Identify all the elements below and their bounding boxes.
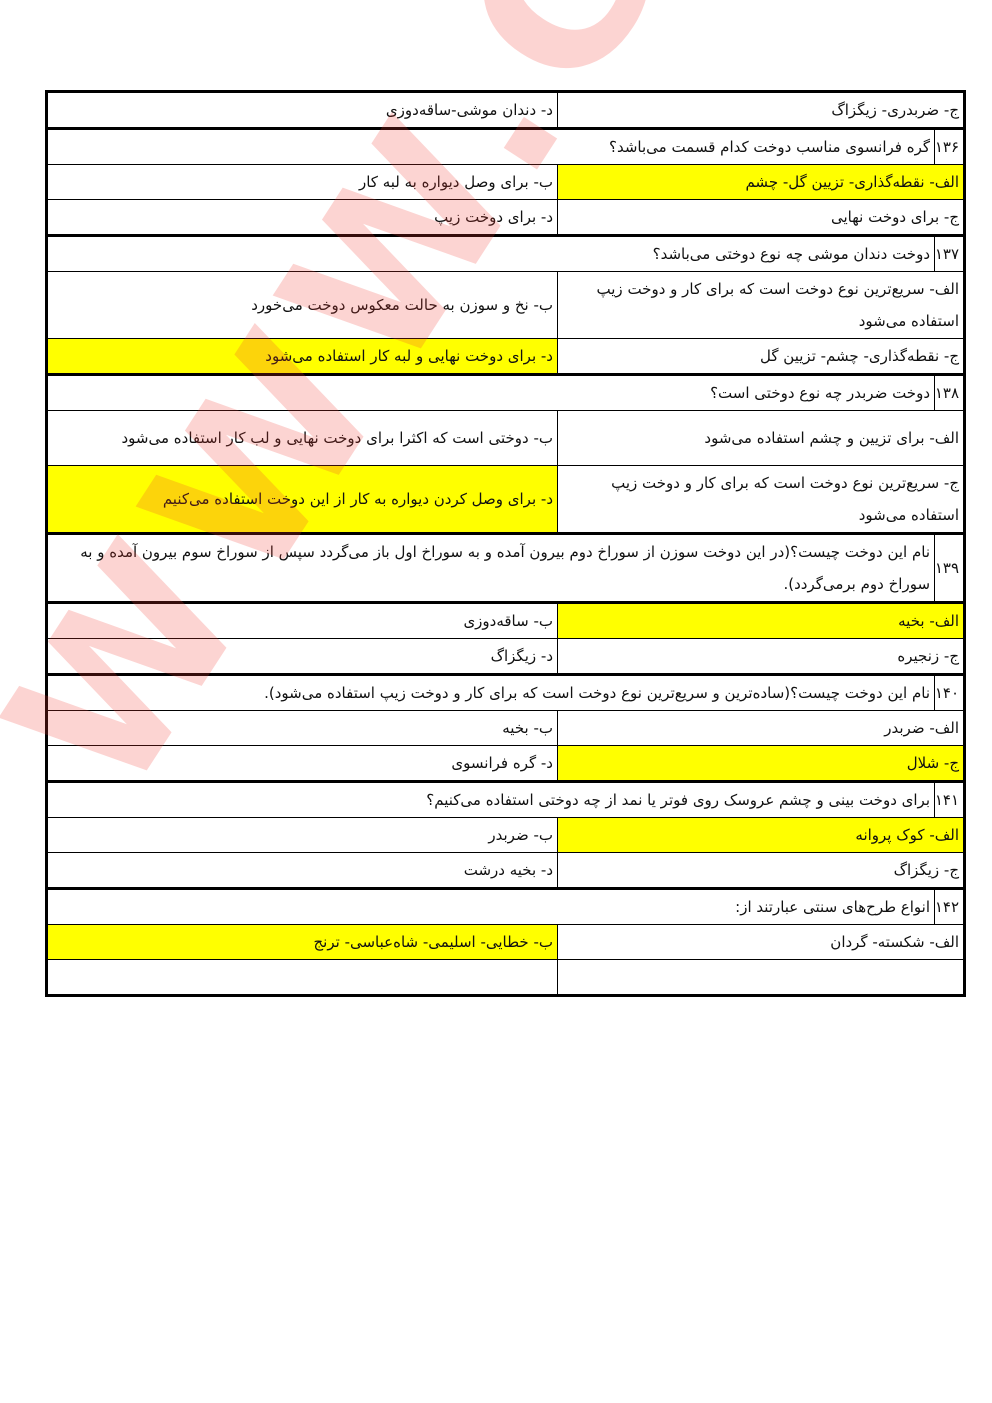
question-text: نام این دوخت چیست؟(در این دوخت سوزن از س… [47,534,935,603]
option-a-correct: الف- کوک پروانه [558,818,965,853]
question-number: ۱۳۸ [935,375,965,411]
option-d: د- گره فرانسوی [47,746,558,782]
options-row: ج- شلال د- گره فرانسوی [47,746,965,782]
options-row: ج- زنجیره د- زیگزاگ [47,639,965,675]
question-text: انواع طرح‌های سنتی عبارتند از: [47,889,935,925]
document-page: ج- ضربدری- زیگزاگ د- دندان موشی-ساقه‌دوز… [0,0,992,1403]
options-row: الف- برای تزیین و چشم استفاده می‌شود ب- … [47,411,965,466]
question-table: ج- ضربدری- زیگزاگ د- دندان موشی-ساقه‌دوز… [45,90,966,997]
option-d: د- بخیه درشت [47,853,558,889]
options-row: ج- ضربدری- زیگزاگ د- دندان موشی-ساقه‌دوز… [47,92,965,129]
option-b: ب- ساقه‌دوزی [47,603,558,639]
question-row: ۱۳۶ گره فرانسوی مناسب دوخت کدام قسمت می‌… [47,129,965,165]
question-number: ۱۳۶ [935,129,965,165]
option-c: ج- نقطه‌گذاری- چشم- تزیین گل [558,339,965,375]
option-b: ب- نخ و سوزن به حالت معکوس دوخت می‌خورد [47,272,558,339]
option-c: ج- برای دوخت نهایی [558,200,965,236]
question-text: گره فرانسوی مناسب دوخت کدام قسمت می‌باشد… [47,129,935,165]
option-b: ب- دوختی است که اکثرا برای دوخت نهایی و … [47,411,558,466]
question-text: دوخت ضربدر چه نوع دوختی است؟ [47,375,935,411]
option-d: د- دندان موشی-ساقه‌دوزی [47,92,558,129]
option-b: ب- ضربدر [47,818,558,853]
option-c: ج- ضربدری- زیگزاگ [558,92,965,129]
question-number: ۱۳۹ [935,534,965,603]
option-d: د- زیگزاگ [47,639,558,675]
option-d-correct: د- برای وصل کردن دیواره به کار از این دو… [47,466,558,534]
options-row: ج- زیگزاگ د- بخیه درشت [47,853,965,889]
options-row: ج- سریع‌ترین نوع دوخت است که برای کار و … [47,466,965,534]
empty-cell [47,960,558,996]
empty-row [47,960,965,996]
option-c: ج- زنجیره [558,639,965,675]
options-row: الف- ضربدر ب- بخیه [47,711,965,746]
option-b: ب- برای وصل دیواره به لبه کار [47,165,558,200]
question-number: ۱۴۲ [935,889,965,925]
question-number: ۱۴۱ [935,782,965,818]
options-row: الف- نقطه‌گذاری- تزیین گل- چشم ب- برای و… [47,165,965,200]
option-a: الف- شکسته- گردان [558,925,965,960]
options-row: ج- نقطه‌گذاری- چشم- تزیین گل د- برای دوخ… [47,339,965,375]
options-row: الف- کوک پروانه ب- ضربدر [47,818,965,853]
options-row: ج- برای دوخت نهایی د- برای دوخت زیپ [47,200,965,236]
option-b: ب- بخیه [47,711,558,746]
option-d-correct: د- برای دوخت نهایی و لبه کار استفاده می‌… [47,339,558,375]
question-row: ۱۳۸ دوخت ضربدر چه نوع دوختی است؟ [47,375,965,411]
question-number: ۱۴۰ [935,675,965,711]
option-c: ج- زیگزاگ [558,853,965,889]
empty-cell [558,960,965,996]
question-text: دوخت دندان موشی چه نوع دوختی می‌باشد؟ [47,236,935,272]
option-d: د- برای دوخت زیپ [47,200,558,236]
options-row: الف- شکسته- گردان ب- خطایی- اسلیمی- شاه‌… [47,925,965,960]
option-b-correct: ب- خطایی- اسلیمی- شاه‌عباسی- ترنج [47,925,558,960]
option-a-correct: الف- نقطه‌گذاری- تزیین گل- چشم [558,165,965,200]
question-number: ۱۳۷ [935,236,965,272]
question-row: ۱۴۲ انواع طرح‌های سنتی عبارتند از: [47,889,965,925]
question-text: نام این دوخت چیست؟(ساده‌ترین و سریع‌ترین… [47,675,935,711]
option-a: الف- ضربدر [558,711,965,746]
question-row: ۱۳۷ دوخت دندان موشی چه نوع دوختی می‌باشد… [47,236,965,272]
question-row: ۱۳۹ نام این دوخت چیست؟(در این دوخت سوزن … [47,534,965,603]
question-text: برای دوخت بینی و چشم عروسک روی فوتر یا ن… [47,782,935,818]
option-a: الف- سریع‌ترین نوع دوخت است که برای کار … [558,272,965,339]
option-a-correct: الف- بخیه [558,603,965,639]
option-c: ج- سریع‌ترین نوع دوخت است که برای کار و … [558,466,965,534]
question-row: ۱۴۰ نام این دوخت چیست؟(ساده‌ترین و سریع‌… [47,675,965,711]
option-a: الف- برای تزیین و چشم استفاده می‌شود [558,411,965,466]
options-row: الف- سریع‌ترین نوع دوخت است که برای کار … [47,272,965,339]
options-row: الف- بخیه ب- ساقه‌دوزی [47,603,965,639]
option-c-correct: ج- شلال [558,746,965,782]
question-row: ۱۴۱ برای دوخت بینی و چشم عروسک روی فوتر … [47,782,965,818]
